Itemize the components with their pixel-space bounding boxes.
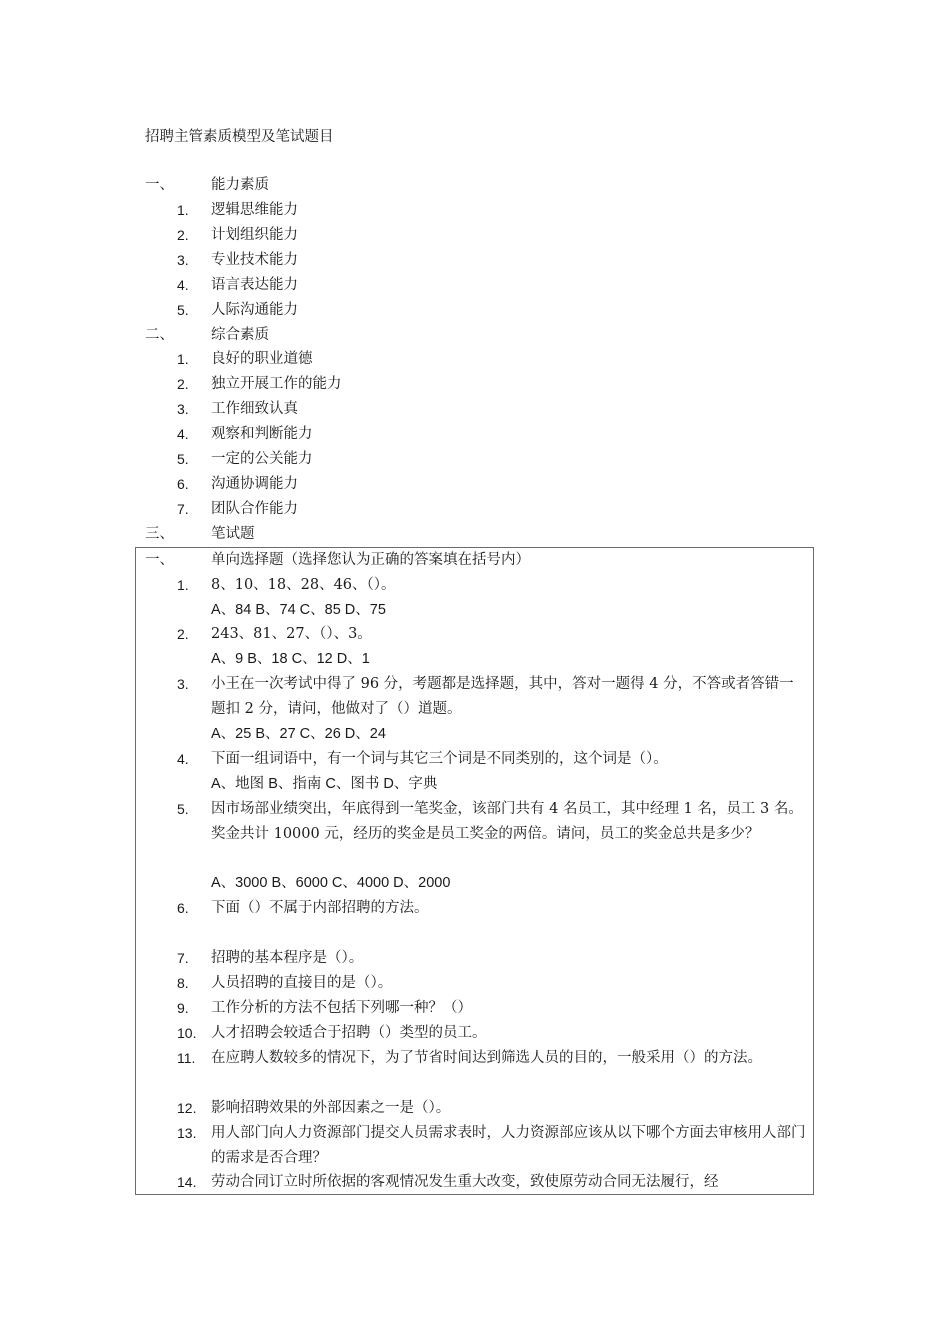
item-text: 良好的职业道德 xyxy=(211,347,313,372)
question-1: 1. 8、10、18、28、46、（）。 xyxy=(0,573,950,598)
question-13: 13. 用人部门向人力资源部门提交人员需求表时，人力资源部应该从以下哪个方面去审… xyxy=(0,1121,950,1171)
item-text: 一定的公关能力 xyxy=(211,447,313,472)
list-item: 6. 沟通协调能力 xyxy=(0,472,950,497)
exam-part-heading: 一、 单向选择题（选择您认为正确的答案填在括号内） xyxy=(0,548,950,573)
question-number: 12. xyxy=(177,1096,196,1121)
question-6: 6. 下面（）不属于内部招聘的方法。 xyxy=(0,896,950,921)
item-number: 2. xyxy=(177,223,189,248)
answer-options: A、25 B、27 C、26 D、24 xyxy=(211,722,386,747)
question-number: 3. xyxy=(177,672,189,697)
question-text: 劳动合同订立时所依据的客观情况发生重大改变，致使原劳动合同无法履行，经 xyxy=(211,1170,719,1195)
question-text: 用人部门向人力资源部门提交人员需求表时，人力资源部应该从以下哪个方面去审核用人部… xyxy=(211,1121,807,1171)
question-number: 10. xyxy=(177,1021,196,1046)
question-text: 下面（）不属于内部招聘的方法。 xyxy=(211,896,429,921)
item-number: 4. xyxy=(177,422,189,447)
question-10: 10. 人才招聘会较适合于招聘（）类型的员工。 xyxy=(0,1021,950,1046)
item-number: 5. xyxy=(177,298,189,323)
question-number: 14. xyxy=(177,1170,196,1195)
list-item: 3. 专业技术能力 xyxy=(0,248,950,273)
item-text: 逻辑思维能力 xyxy=(211,198,298,223)
question-12: 12. 影响招聘效果的外部因素之一是（）。 xyxy=(0,1096,950,1121)
question-number: 5. xyxy=(177,797,189,822)
item-text: 人际沟通能力 xyxy=(211,298,298,323)
question-text: 小王在一次考试中得了 96 分，考题都是选择题，其中，答对一题得 4 分，不答或… xyxy=(211,672,807,722)
question-5: 5. 因市场部业绩突出，年底得到一笔奖金，该部门共有 4 名员工，其中经理 1 … xyxy=(0,797,950,872)
list-item: 2. 独立开展工作的能力 xyxy=(0,372,950,397)
question-text: 因市场部业绩突出，年底得到一笔奖金，该部门共有 4 名员工，其中经理 1 名，员… xyxy=(211,797,807,847)
question-11: 11. 在应聘人数较多的情况下，为了节省时间达到筛选人员的目的，一般采用（）的方… xyxy=(0,1046,950,1096)
list-item: 7. 团队合作能力 xyxy=(0,497,950,522)
question-text: 工作分析的方法不包括下列哪一种？（） xyxy=(211,996,472,1021)
list-item: 1. 逻辑思维能力 xyxy=(0,198,950,223)
item-number: 3. xyxy=(177,397,189,422)
question-1-options: A、84 B、74 C、85 D、75 xyxy=(0,598,950,623)
question-number: 2. xyxy=(177,622,189,647)
question-text: 人才招聘会较适合于招聘（）类型的员工。 xyxy=(211,1021,487,1046)
section-number: 二、 xyxy=(145,323,174,348)
item-text: 团队合作能力 xyxy=(211,497,298,522)
list-item: 4. 语言表达能力 xyxy=(0,273,950,298)
question-text: 人员招聘的直接目的是（）。 xyxy=(211,971,392,996)
item-text: 沟通协调能力 xyxy=(211,472,298,497)
question-text: 8、10、18、28、46、（）。 xyxy=(211,573,396,598)
list-item: 4. 观察和判断能力 xyxy=(0,422,950,447)
list-item: 1. 良好的职业道德 xyxy=(0,347,950,372)
question-4: 4. 下面一组词语中，有一个词与其它三个词是不同类别的，这个词是（）。 xyxy=(0,747,950,772)
section-title: 笔试题 xyxy=(211,522,255,547)
answer-options: A、9 B、18 C、12 D、1 xyxy=(211,647,370,672)
question-14: 14. 劳动合同订立时所依据的客观情况发生重大改变，致使原劳动合同无法履行，经 xyxy=(0,1170,950,1195)
item-text: 独立开展工作的能力 xyxy=(211,372,342,397)
list-item: 5. 人际沟通能力 xyxy=(0,298,950,323)
question-number: 8. xyxy=(177,971,189,996)
item-number: 6. xyxy=(177,472,189,497)
question-text: 243、81、27、（）、3。 xyxy=(211,622,372,647)
question-9: 9. 工作分析的方法不包括下列哪一种？（） xyxy=(0,996,950,1021)
question-2-options: A、9 B、18 C、12 D、1 xyxy=(0,647,950,672)
document-title: 招聘主管素质模型及笔试题目 xyxy=(145,125,334,150)
question-number: 9. xyxy=(177,996,189,1021)
item-number: 3. xyxy=(177,248,189,273)
question-2: 2. 243、81、27、（）、3。 xyxy=(0,622,950,647)
answer-options: A、3000 B、6000 C、4000 D、2000 xyxy=(211,871,450,896)
question-3-options: A、25 B、27 C、26 D、24 xyxy=(0,722,950,747)
section-number: 三、 xyxy=(145,522,174,547)
section-number: 一、 xyxy=(145,173,174,198)
answer-options: A、84 B、74 C、85 D、75 xyxy=(211,598,386,623)
section-title: 单向选择题（选择您认为正确的答案填在括号内） xyxy=(211,548,530,573)
item-number: 1. xyxy=(177,198,189,223)
question-number: 13. xyxy=(177,1121,196,1146)
item-number: 7. xyxy=(177,497,189,522)
question-number: 4. xyxy=(177,747,189,772)
question-8: 8. 人员招聘的直接目的是（）。 xyxy=(0,971,950,996)
question-number: 7. xyxy=(177,946,189,971)
question-5-options: A、3000 B、6000 C、4000 D、2000 xyxy=(0,871,950,896)
item-number: 2. xyxy=(177,372,189,397)
question-3: 3. 小王在一次考试中得了 96 分，考题都是选择题，其中，答对一题得 4 分，… xyxy=(0,672,950,722)
question-text: 下面一组词语中，有一个词与其它三个词是不同类别的，这个词是（）。 xyxy=(211,747,668,772)
section-title: 综合素质 xyxy=(211,323,269,348)
list-item: 3. 工作细致认真 xyxy=(0,397,950,422)
list-item: 2. 计划组织能力 xyxy=(0,223,950,248)
item-number: 4. xyxy=(177,273,189,298)
question-text: 招聘的基本程序是（）。 xyxy=(211,946,363,971)
question-number: 1. xyxy=(177,573,189,598)
item-text: 观察和判断能力 xyxy=(211,422,313,447)
question-text: 在应聘人数较多的情况下，为了节省时间达到筛选人员的目的，一般采用（）的方法。 xyxy=(211,1046,807,1071)
section-number: 一、 xyxy=(145,548,174,573)
item-number: 5. xyxy=(177,447,189,472)
answer-options: A、地图 B、指南 C、图书 D、字典 xyxy=(211,772,437,797)
section-heading-exam: 三、 笔试题 xyxy=(0,522,950,547)
item-text: 工作细致认真 xyxy=(211,397,298,422)
item-number: 1. xyxy=(177,347,189,372)
section-heading-comprehensive: 二、 综合素质 xyxy=(0,323,950,348)
item-text: 计划组织能力 xyxy=(211,223,298,248)
question-number: 6. xyxy=(177,896,189,921)
section-title: 能力素质 xyxy=(211,173,269,198)
question-7: 7. 招聘的基本程序是（）。 xyxy=(0,946,950,971)
item-text: 专业技术能力 xyxy=(211,248,298,273)
document-page: 招聘主管素质模型及笔试题目 一、 能力素质 1. 逻辑思维能力 2. 计划组织能… xyxy=(0,0,950,1344)
item-text: 语言表达能力 xyxy=(211,273,298,298)
question-text: 影响招聘效果的外部因素之一是（）。 xyxy=(211,1096,450,1121)
section-heading-ability: 一、 能力素质 xyxy=(0,173,950,198)
question-4-options: A、地图 B、指南 C、图书 D、字典 xyxy=(0,772,950,797)
list-item: 5. 一定的公关能力 xyxy=(0,447,950,472)
question-number: 11. xyxy=(177,1046,195,1071)
